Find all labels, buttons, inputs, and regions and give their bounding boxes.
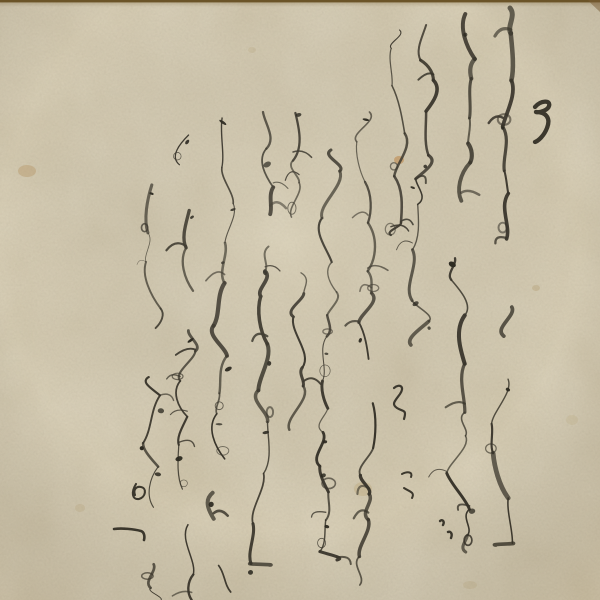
top-edge-strip bbox=[0, 0, 600, 2]
manuscript-photo bbox=[0, 0, 600, 600]
calligraphy-canvas bbox=[0, 0, 600, 600]
vignette bbox=[0, 0, 600, 600]
